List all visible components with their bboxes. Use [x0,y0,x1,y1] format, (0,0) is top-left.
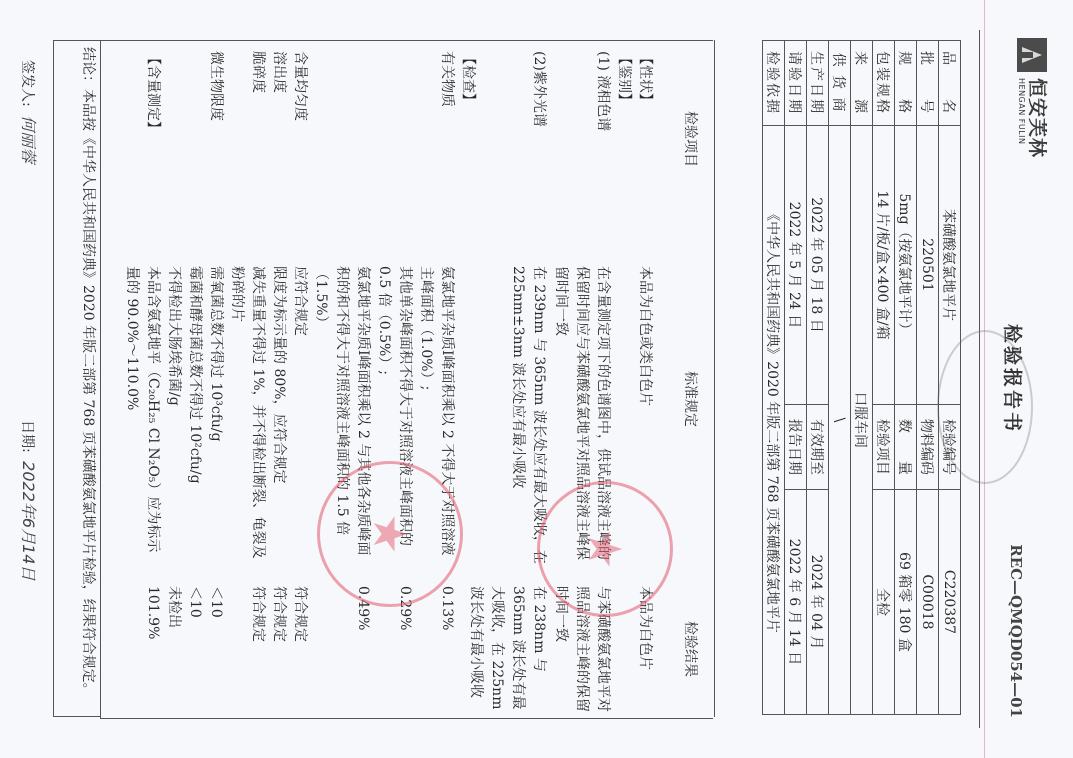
signed-date: 2022年6月14日 [19,461,38,580]
info-row: 包装规格14 片/板/盒×400 盒/箱检验项目全检 [873,41,895,715]
results-table: 检验项目 标准规定 检验结果 【性状】本品为白色或类白色片本品为白色片【鉴别】(… [100,40,713,719]
info-row: 来 源口服车间 [851,41,873,715]
header-result: 检验结果 [681,621,701,677]
signer-signature: 何丽蓉 [19,115,38,163]
info-row: 生产日期2022 年 05 月 18 日有效期至2024 年 04 月 [807,41,829,715]
info-value: 220501 [917,126,939,405]
info-value: 14 片/板/盒×400 盒/箱 [873,126,895,405]
date-label: 日期: [19,420,35,453]
result-value: 0.29% [394,586,415,716]
info-row: 规 格5mg（按氨氯地平计）数 量69 箱零 180 盒 [895,41,917,715]
info-label: 检验编号 [939,404,961,489]
info-value: 2024 年 04 月 [807,489,829,714]
result-standard: 在 239nm 与 365nm 波长处应有最大吸收，在 225nm±3nm 波长… [507,266,549,566]
info-label: 数 量 [895,404,917,489]
info-value: 2022 年 05 月 18 日 [807,126,829,405]
info-value: C220387 [939,489,961,714]
result-item: 有关物质 [436,51,457,231]
info-label: 供 货 商 [829,41,851,126]
result-standard: 应符合规定 [289,266,310,566]
result-item: 【含量测定】 [142,51,163,231]
info-label: 来 源 [851,41,873,126]
info-row: 批 号220501物料编码C00018 [917,41,939,715]
result-value: 0.49% [352,586,373,716]
info-value: C00018 [917,489,939,714]
header-item: 检验项目 [681,111,701,167]
result-item: 微生物限度 [205,51,226,231]
document-code: REC—QMQD054—01 [1007,544,1025,718]
info-value: \ [829,126,851,715]
result-standard: 霉菌和酵母菌总数不得过 10²cfu/g [184,266,205,566]
result-value: 0.13% [436,586,457,716]
conclusion: 结论：本品按《中华人民共和国药典》2020 年版二部第 768 页苯磺酸氨氯地平… [53,40,101,717]
result-value: 符合规定 [268,586,289,716]
info-label: 生产日期 [807,41,829,126]
result-value: 本品为白色片 [634,586,655,716]
result-standard: 本品含氨氯地平（C₂₀H₂₅ Cl N₂O₅）应为标示量的 90.0%～110.… [121,266,163,566]
result-item: 【性状】 [634,51,655,231]
info-row: 品 名苯磺酸氨氯地平片检验编号C220387 [939,41,961,715]
result-value: 符合规定 [289,586,310,716]
result-value: 101.9% [142,586,163,716]
info-label: 品 名 [939,41,961,126]
info-label: 请验日期 [785,41,807,126]
info-value: 5mg（按氨氯地平计） [895,126,917,405]
result-value: 符合规定 [247,586,268,716]
info-row: 检验依据《中华人民共和国药典》2020 年版二部第 768 页苯磺酸氨氯地平片 [763,41,785,715]
info-value: 全检 [873,489,895,714]
result-standard: 不得检出大肠埃希菌/g [163,266,184,566]
result-item: 【鉴别】 [613,51,634,231]
info-label: 物料编码 [917,404,939,489]
result-value: ＜10 [205,586,226,716]
inspection-report-page: 恒安芙林 HENGAN FULIN 检验报告书 REC—QMQD054—01 品… [0,0,1073,758]
info-value: 《中华人民共和国药典》2020 年版二部第 768 页苯磺酸氨氯地平片 [763,126,785,715]
product-info-table: 品 名苯磺酸氨氯地平片检验编号C220387批 号220501物料编码C0001… [762,40,961,715]
result-value: 未检出 [163,586,184,716]
info-value: 2022 年 5 月 24 日 [785,126,807,405]
info-label: 包装规格 [873,41,895,126]
info-value: 2022 年 6 月 14 日 [785,489,807,714]
result-value: 在 238nm 与 365nm 波长处有最大吸收，在 225nm 波长处有最小吸… [465,586,549,716]
info-value: 69 箱零 180 盒 [895,489,917,714]
result-item: (1) 液相色谱 [592,51,613,231]
result-item: 溶出度 [268,51,289,231]
result-standard: 需氧菌总数不得过 10³cfu/g [205,266,226,566]
info-value: 口服车间 [851,126,873,715]
info-value: 苯磺酸氨氯地平片 [939,126,961,405]
result-item: 【检查】 [457,51,478,231]
date-block: 日期: 2022年6月14日 [18,420,41,580]
info-row: 供 货 商\ [829,41,851,715]
info-row: 请验日期2022 年 5 月 24 日报告日期2022 年 6 月 14 日 [785,41,807,715]
info-label: 检验依据 [763,41,785,126]
result-standard: 限度为标示量的 80%，应符合规定 [268,266,289,566]
report-header: 恒安芙林 HENGAN FULIN 检验报告书 REC—QMQD054—01 [985,30,1053,728]
logo-cn: 恒安芙林 [1028,78,1047,158]
results-top-border [714,40,715,717]
result-standard: 氨氯地平杂质Ⅰ峰面积乘以 2 与其他各杂质峰面积的和不得大于对照溶液主峰面积的 … [310,266,373,566]
result-item: 脆碎度 [247,51,268,231]
signer-block: 签发人: 何丽蓉 [18,60,41,163]
result-standard: 其他单杂峰面积不得大于对照溶液主峰面积的 0.5 倍（0.5%）; [373,266,415,566]
result-item: (2)紫外光谱 [528,51,549,231]
result-value: ＜10 [184,586,205,716]
header-standard: 标准规定 [681,371,701,427]
result-value: 与苯磺酸氨氯地平对照品溶液主峰的保留时间一致 [550,586,613,716]
info-label: 有效期至 [807,404,829,489]
result-standard: 在含量测定项下的色谱图中，供试品溶液主峰的保留时间应与苯磺酸氨氯地平对照品溶液主… [550,266,613,566]
header-divider [979,30,980,728]
info-label: 报告日期 [785,404,807,489]
result-standard: 本品为白色或类白色片 [634,266,655,566]
info-label: 批 号 [917,41,939,126]
info-label: 检验项目 [873,404,895,489]
signer-label: 签发人: [19,60,35,107]
info-label: 规 格 [895,41,917,126]
result-standard: 减失重量不得过 1%，并不得检出断裂、龟裂及粉碎的片 [226,266,268,566]
result-standard: 氨氯地平杂质Ⅰ峰面积乘以 2 不得大于对照溶液主峰面积（1.0%）; [415,266,457,566]
result-item: 含量均匀度 [289,51,310,231]
